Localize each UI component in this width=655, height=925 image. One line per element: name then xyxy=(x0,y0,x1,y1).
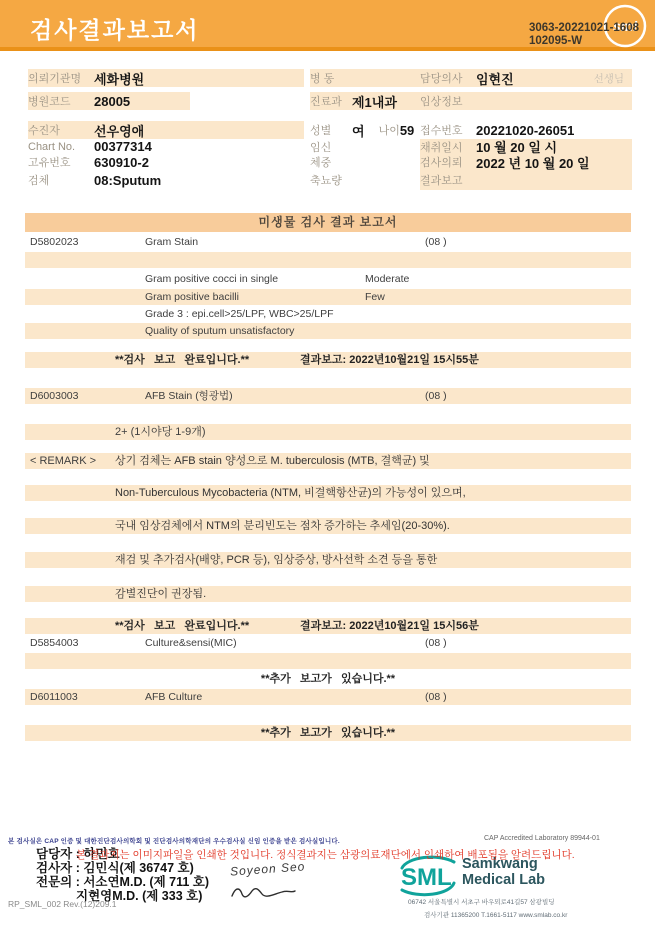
table-row: Non-Tuberculous Mycobacteria (NTM, 비결핵항산… xyxy=(25,485,631,501)
lab-name-line2: Medical Lab xyxy=(462,873,545,889)
field-label: 진료과 xyxy=(310,93,352,109)
test-code: D5802023 xyxy=(30,234,78,250)
field-value: 제1내과 xyxy=(352,92,397,111)
table-row xyxy=(25,653,631,669)
result-value: Few xyxy=(365,289,385,305)
report-number-line1: 3063-20221021-1608 xyxy=(529,22,639,35)
remark-text: 국내 임상검체에서 NTM의 분리빈도는 점차 증가하는 추세임(20-30%)… xyxy=(115,518,450,534)
table-row: D6011003AFB Culture(08 ) xyxy=(25,689,631,705)
result-name: Gram positive bacilli xyxy=(145,289,239,305)
field-label: 담당의사 xyxy=(420,70,476,86)
lab-address: 06742 서울특별시 서초구 바우뫼로41길57 삼광빌딩 xyxy=(408,897,555,906)
patient-field-row: 병원코드28005 xyxy=(28,92,190,110)
test-code: D6011003 xyxy=(30,689,78,705)
report-complete-text: **검사 보고 완료입니다.** xyxy=(115,352,249,368)
field-value: 임현진 xyxy=(476,69,514,88)
patient-field-row: 고유번호630910-2 xyxy=(28,154,304,170)
signature-scribble-icon xyxy=(228,882,298,909)
cap-accreditation: CAP Accredited Laboratory 89944-01 xyxy=(484,835,600,842)
result-name: Grade 3 : epi.cell>25/LPF, WBC>25/LPF xyxy=(145,306,334,322)
table-row: 국내 임상검체에서 NTM의 분리빈도는 점차 증가하는 추세임(20-30%)… xyxy=(25,518,631,534)
report-date: 결과보고: 2022년10월21일 15시56분 xyxy=(300,618,479,634)
signature-soyeon-seo: Soyeon Seo xyxy=(230,859,306,878)
table-row: D6003003AFB Stain (형광법)(08 ) xyxy=(25,388,631,404)
page-title: 검사결과보고서 xyxy=(30,12,200,45)
field-label: 결과보고 xyxy=(420,172,476,188)
field-value: 2022 년 10 월 20 일 xyxy=(476,153,590,172)
test-name: AFB Stain (형광법) xyxy=(145,388,233,404)
field-value: 세화병원 xyxy=(94,69,144,88)
remark-label: < REMARK > xyxy=(30,453,96,469)
table-row: Gram positive cocci in singleModerate xyxy=(25,271,631,287)
field-label: 병원코드 xyxy=(28,93,94,109)
field-label: 채취일시 xyxy=(420,139,476,155)
table-row: **검사 보고 완료입니다.**결과보고: 2022년10월21일 15시55분 xyxy=(25,352,631,368)
table-row: Quality of sputum unsatisfactory xyxy=(25,323,631,339)
field-label: 임상정보 xyxy=(420,93,476,109)
table-section-title: 미생물 검사 결과 보고서 xyxy=(25,213,631,232)
field-value: 선우영애 xyxy=(94,121,144,140)
field-suffix: 선생님 xyxy=(594,71,632,86)
table-row xyxy=(25,252,631,268)
table-row: Grade 3 : epi.cell>25/LPF, WBC>25/LPF xyxy=(25,306,631,322)
result-name: Gram positive cocci in single xyxy=(145,271,278,287)
additional-report-text: **추가 보고가 있습니다.** xyxy=(261,727,395,739)
table-row: D5854003Culture&sensi(MIC)(08 ) xyxy=(25,635,631,651)
result-name: Quality of sputum unsatisfactory xyxy=(145,323,294,339)
specimen-code: (08 ) xyxy=(425,635,447,651)
svg-text:SML: SML xyxy=(401,864,452,891)
table-row: < REMARK >상기 검체는 AFB stain 양성으로 M. tuber… xyxy=(25,453,631,469)
test-name: Gram Stain xyxy=(145,234,198,250)
field-value: 00377314 xyxy=(94,139,152,154)
field-label: 의뢰기관명 xyxy=(28,70,94,86)
field-label: 수진자 xyxy=(28,122,94,138)
additional-report-text: **추가 보고가 있습니다.** xyxy=(261,673,395,685)
field-value: 08:Sputum xyxy=(94,173,161,188)
table-rows: D5802023Gram Stain(08 )Gram positive coc… xyxy=(25,234,631,741)
lab-report-page: 검사결과보고서 sml 3063-20221021-1608 102095-W … xyxy=(0,0,655,925)
result-table: 미생물 검사 결과 보고서 D5802023Gram Stain(08 )Gra… xyxy=(25,213,631,741)
report-complete-text: **검사 보고 완료입니다.** xyxy=(115,618,249,634)
field-label: 접수번호 xyxy=(420,122,476,138)
specimen-code: (08 ) xyxy=(425,388,447,404)
remark-text: 재검 및 추가검사(배양, PCR 등), 임상증상, 방사선학 소견 등을 통… xyxy=(115,552,437,568)
specimen-code: (08 ) xyxy=(425,234,447,250)
test-name: Culture&sensi(MIC) xyxy=(145,635,237,651)
table-row: 감별진단이 권장됨. xyxy=(25,586,631,602)
field-value: 20221020-26051 xyxy=(476,123,574,138)
report-header: 검사결과보고서 sml 3063-20221021-1608 102095-W xyxy=(0,0,655,51)
report-number: 3063-20221021-1608 102095-W xyxy=(529,22,639,47)
test-code: D5854003 xyxy=(30,635,78,651)
patient-field-row: Chart No.00377314 xyxy=(28,139,304,154)
result-grade-text: 2+ (1시야당 1-9개) xyxy=(115,424,206,440)
remark-text: 상기 검체는 AFB stain 양성으로 M. tuberculosis (M… xyxy=(115,453,430,469)
print-notice: 본 결과지는 이미지파일을 인쇄한 것입니다. 정식결과지는 삼광의료재단에서 … xyxy=(76,847,575,862)
field-label: 고유번호 xyxy=(28,154,94,170)
field-value: 59 xyxy=(400,123,414,138)
field-label: 축뇨량 xyxy=(310,172,352,188)
patient-field-row: 검사의뢰2022 년 10 월 20 일 xyxy=(420,154,632,170)
patient-field-row: 의뢰기관명세화병원 xyxy=(28,69,304,87)
patient-field-row: 담당의사임현진선생님 xyxy=(420,69,632,87)
lab-contact: 검사기관 11365200 T.1661-5117 www.smlab.co.k… xyxy=(424,910,567,919)
field-label: 검체 xyxy=(28,172,94,188)
table-row: **추가 보고가 있습니다.** xyxy=(25,671,631,687)
patient-field-row: 임상정보 xyxy=(420,92,632,110)
field-value: 28005 xyxy=(94,94,130,109)
specimen-code: (08 ) xyxy=(425,689,447,705)
field-label: Chart No. xyxy=(28,141,94,153)
result-value: Moderate xyxy=(365,271,409,287)
report-number-line2: 102095-W xyxy=(529,35,639,48)
field-label: 성별 xyxy=(310,122,352,138)
remark-text: 감별진단이 권장됨. xyxy=(115,586,206,602)
table-row: **검사 보고 완료입니다.**결과보고: 2022년10월21일 15시56분 xyxy=(25,618,631,634)
field-label: 나이 xyxy=(379,122,400,138)
field-label: 병 동 xyxy=(310,70,352,86)
remark-text: Non-Tuberculous Mycobacteria (NTM, 비결핵항산… xyxy=(115,485,466,501)
field-label: 임신 xyxy=(310,139,352,155)
table-row: Gram positive bacilliFew xyxy=(25,289,631,305)
field-label: 검사의뢰 xyxy=(420,154,476,170)
table-row: 재검 및 추가검사(배양, PCR 등), 임상증상, 방사선학 소견 등을 통… xyxy=(25,552,631,568)
field-value: 630910-2 xyxy=(94,155,149,170)
patient-field-row: 검체08:Sputum xyxy=(28,170,304,190)
field-value: 여 xyxy=(352,121,365,140)
table-row: 2+ (1시야당 1-9개) xyxy=(25,424,631,440)
test-name: AFB Culture xyxy=(145,689,202,705)
patient-field-row: 수진자선우영애 xyxy=(28,121,304,139)
test-code: D6003003 xyxy=(30,388,78,404)
field-label: 체중 xyxy=(310,154,352,170)
table-row: **추가 보고가 있습니다.** xyxy=(25,725,631,741)
patient-field-row: 결과보고 xyxy=(420,170,632,190)
report-date: 결과보고: 2022년10월21일 15시55분 xyxy=(300,352,479,368)
table-row: D5802023Gram Stain(08 ) xyxy=(25,234,631,250)
form-code: RP_SML_002 Rev.(12)209.1 xyxy=(8,899,117,909)
